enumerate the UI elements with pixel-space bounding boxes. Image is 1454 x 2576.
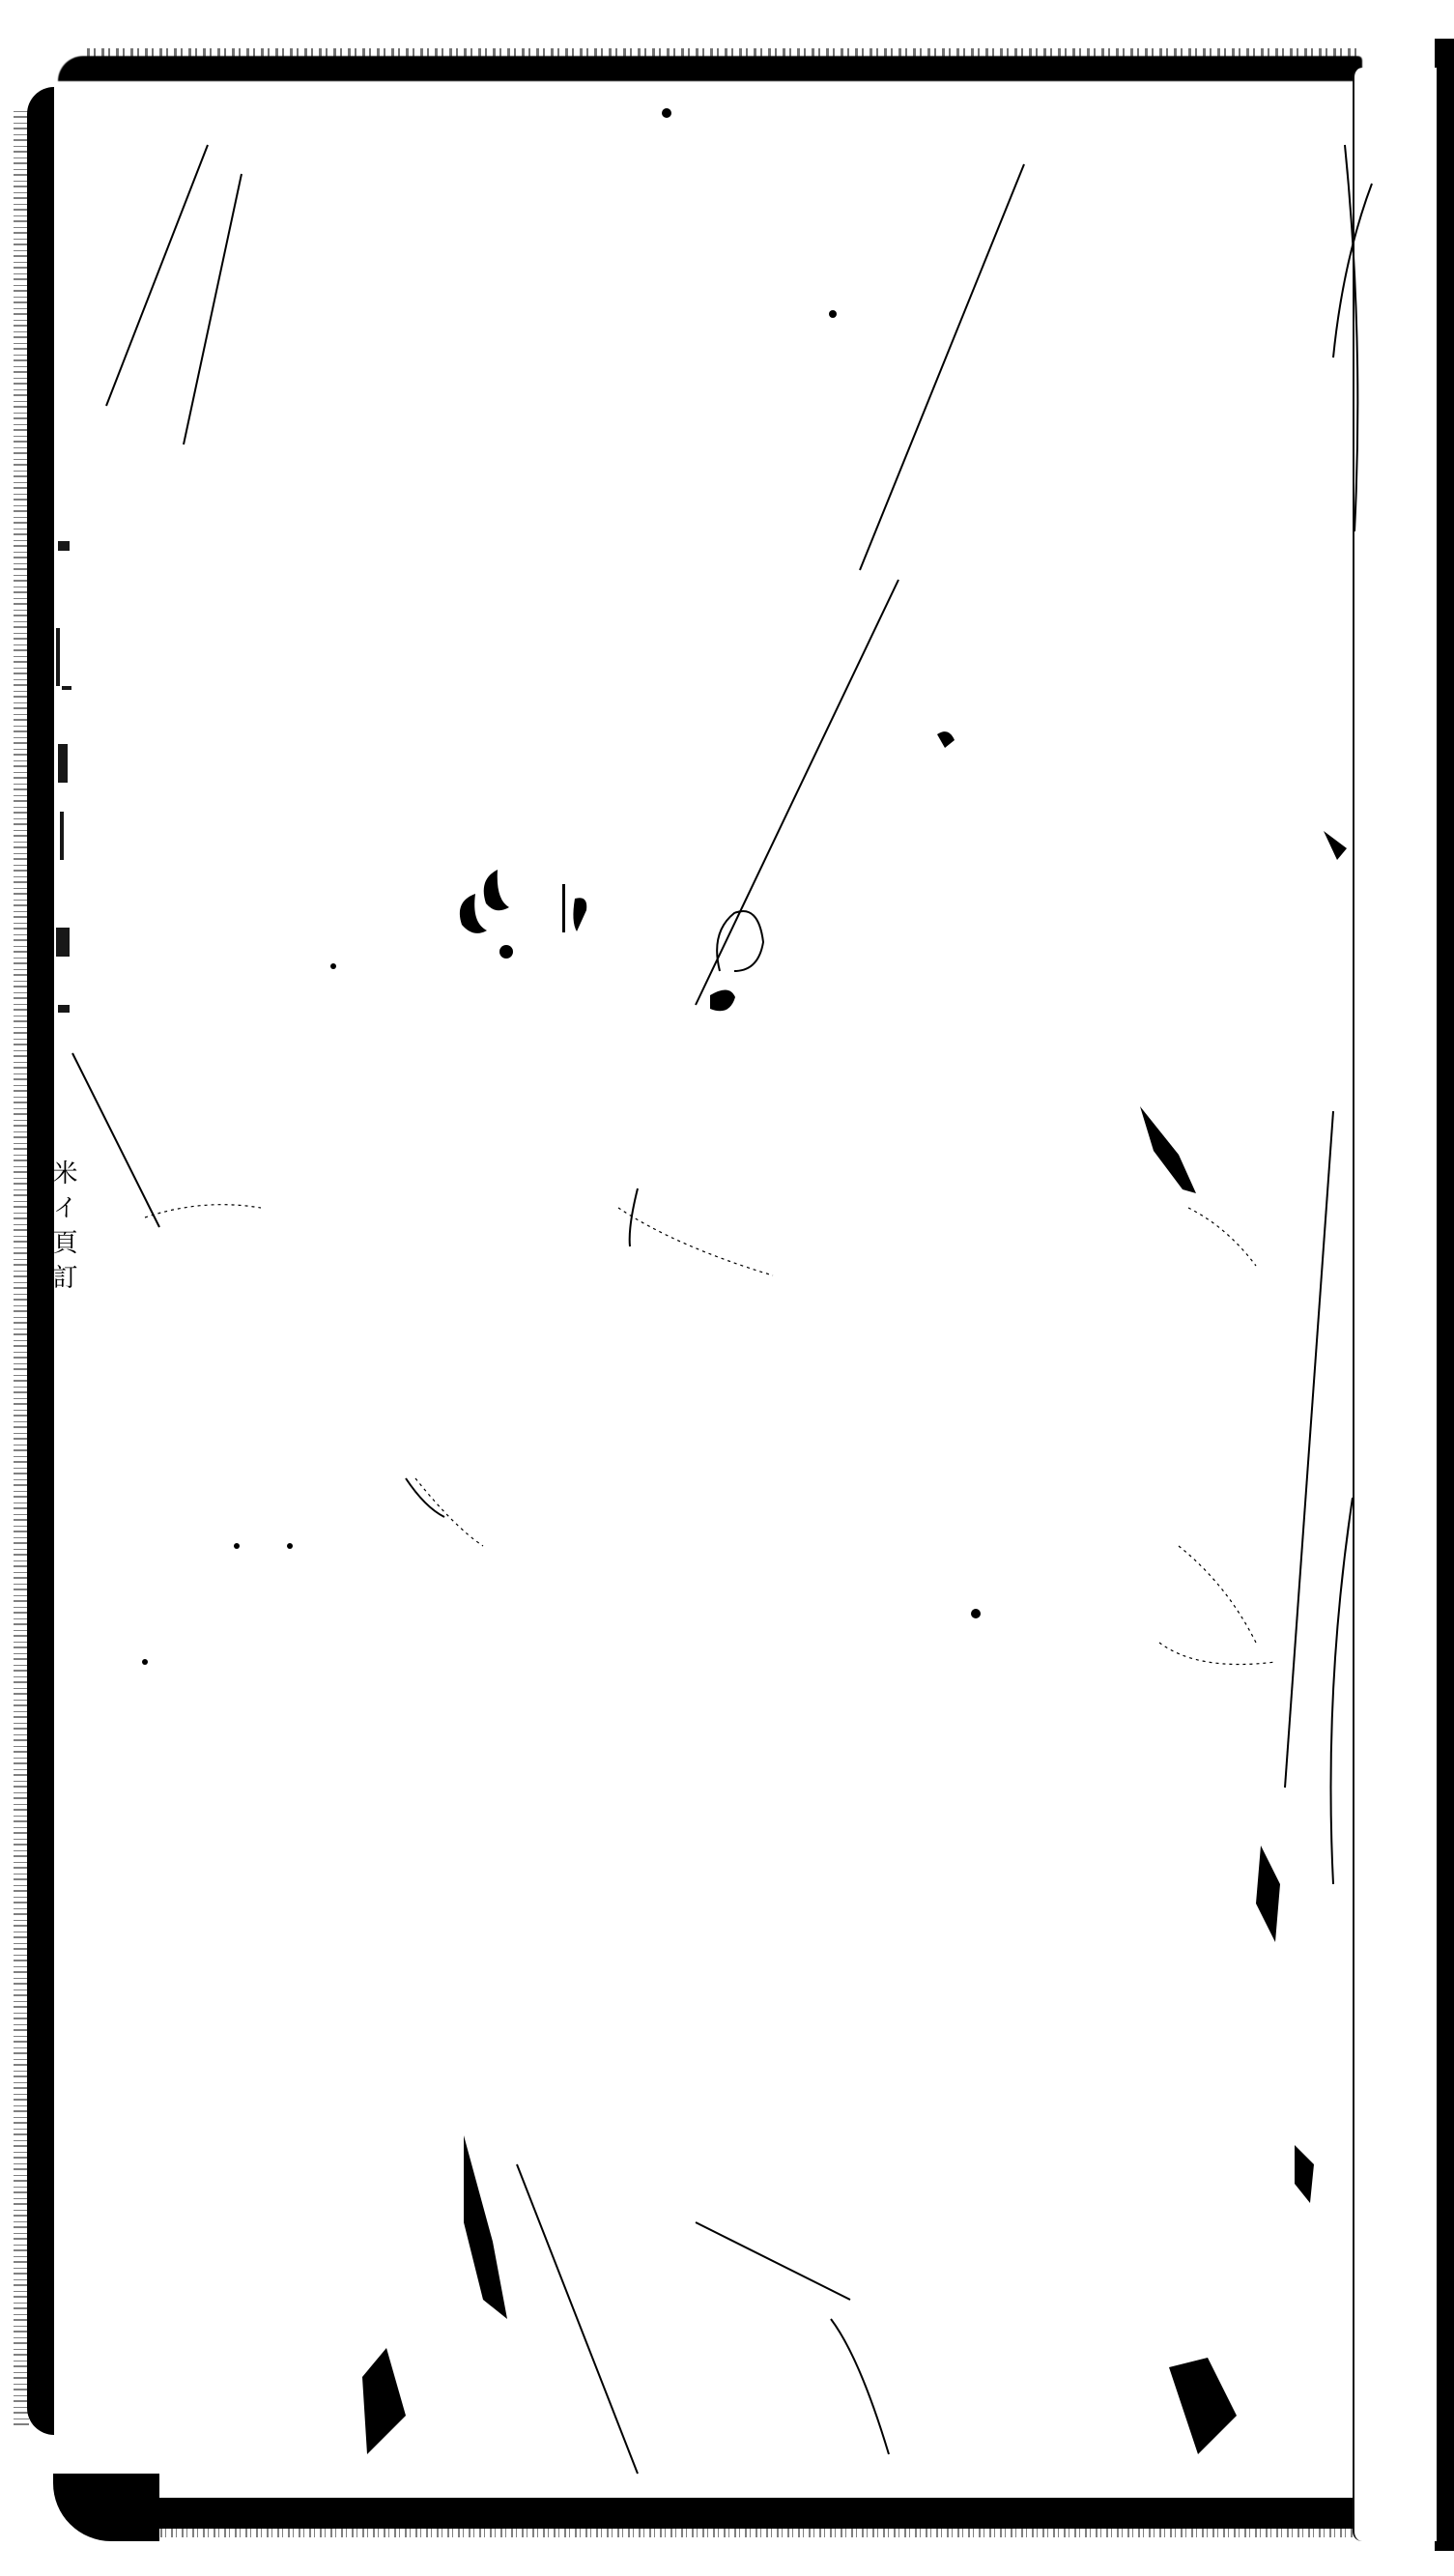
- scanned-page: 米イ頁訂: [0, 0, 1454, 2576]
- stains-and-creases: [0, 0, 1454, 2576]
